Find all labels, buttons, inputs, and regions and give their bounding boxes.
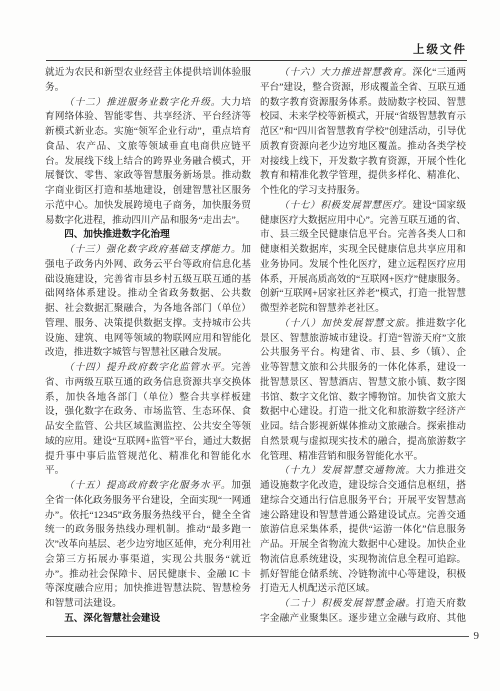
document-text: 就近为农民和新型农业经营主体提供培训体验服务。（十二）推进服务业数字化升级。大力…: [45, 66, 466, 627]
page-footer: 9: [46, 630, 479, 642]
paragraph-item: （十四）提升政府数字化监管水平。完善省、市两级互联互通的政务信息资源共享交换体系…: [45, 361, 251, 479]
text-run-body: 大力推进交通设施数字化改造，建设综合交通信息枢纽，搭建综合交通出行信息服务平台；…: [260, 465, 466, 594]
page-header: 上级文件: [46, 40, 467, 61]
text-run-body: 加强电子政务内外网、政务云平台等政府信息化基础设施建设，完善省市县乡村五级互联互…: [45, 244, 251, 358]
paragraph-item: （十五）提高政府数字化服务水平。加强全省一体化政务服务平台建设，全面实现“一网通…: [45, 479, 251, 612]
paragraph-item: （十八）加快发展智慧文旅。推进数字化景区、智慧旅游城市建设。打造“智游天府”文旅…: [260, 317, 466, 465]
text-run-body: 加强全省一体化政务服务平台建设，全面实现“一网通办”。依托“12345”政务服务…: [45, 480, 251, 609]
text-run-body: 推进数字化景区、智慧旅游城市建设。打造“智游天府”文旅公共服务平台。构建省、市、…: [260, 318, 466, 462]
paragraph-item: （十九）发展智慧交通物流。大力推进交通设施数字化改造，建设综合交通信息枢纽，搭建…: [260, 464, 466, 597]
paragraph-item: （十三）强化数字政府基础支撑能力。加强电子政务内外网、政务云平台等政府信息化基础…: [45, 243, 251, 361]
text-run-kai: （十七）积极发展智慧医疗。: [279, 200, 412, 211]
document-page: 上级文件 就近为农民和新型农业经营主体提供培训体验服务。（十二）推进服务业数字化…: [0, 0, 500, 691]
paragraph-section: 五、深化智慧社会建设: [45, 612, 251, 627]
text-run-body: 完善省、市两级互联互通的政务信息资源共享交换体系，加快各地各部门（单位）整合共享…: [45, 362, 251, 476]
text-run-body: 建设“国家级健康医疗大数据应用中心”。完善互联互通的省、市、县三级全民健康信息平…: [260, 200, 466, 314]
paragraph-item: （十二）推进服务业数字化升级。大力培育网络体验、智能零售、共享经济、平台经济等新…: [45, 96, 251, 229]
paragraph-item: （十六）大力推进智慧教育。深化“三通两平台”建设，整合资源，形成覆盖全省、互联互…: [260, 66, 466, 199]
text-run-body: 大力培育网络体验、智能零售、共享经济、平台经济等新模式新业态。实施“领军企业行动…: [45, 97, 251, 226]
paragraph-item: （十七）积极发展智慧医疗。建设“国家级健康医疗大数据应用中心”。完善互联互通的省…: [260, 199, 466, 317]
text-run-kai: （十三）强化数字政府基础支撑能力。: [64, 244, 241, 255]
text-run-body: 就近为农民和新型农业经营主体提供培训体验服务。: [45, 67, 251, 93]
text-run-kai: （十九）发展智慧交通物流。: [279, 465, 416, 476]
text-run-bold: 四、加快推进数字化治理: [64, 229, 170, 240]
header-title: 上级文件: [413, 44, 467, 56]
text-run-kai: （十八）加快发展智慧文旅。: [279, 318, 416, 329]
text-run-kai: （十六）大力推进智慧教育。: [279, 67, 412, 78]
text-run-kai: （二十）积极发展智慧金融。: [279, 598, 416, 609]
text-run-body: 深化“三通两平台”建设，整合资源，形成覆盖全省、互联互通的数字教育资源服务体系。…: [260, 67, 466, 196]
text-run-kai: （十四）提升政府数字化监管水平。: [64, 362, 231, 373]
text-run-bold: 五、深化智慧社会建设: [64, 613, 160, 624]
footer-rule: [46, 636, 469, 637]
paragraph-continuation: 就近为农民和新型农业经营主体提供培训体验服务。: [45, 66, 251, 96]
paragraph-section: 四、加快推进数字化治理: [45, 228, 251, 243]
page-number: 9: [474, 630, 480, 642]
text-run-kai: （十二）推进服务业数字化升级。: [64, 97, 221, 108]
text-run-kai: （十五）提高政府数字化服务水平。: [64, 480, 231, 491]
